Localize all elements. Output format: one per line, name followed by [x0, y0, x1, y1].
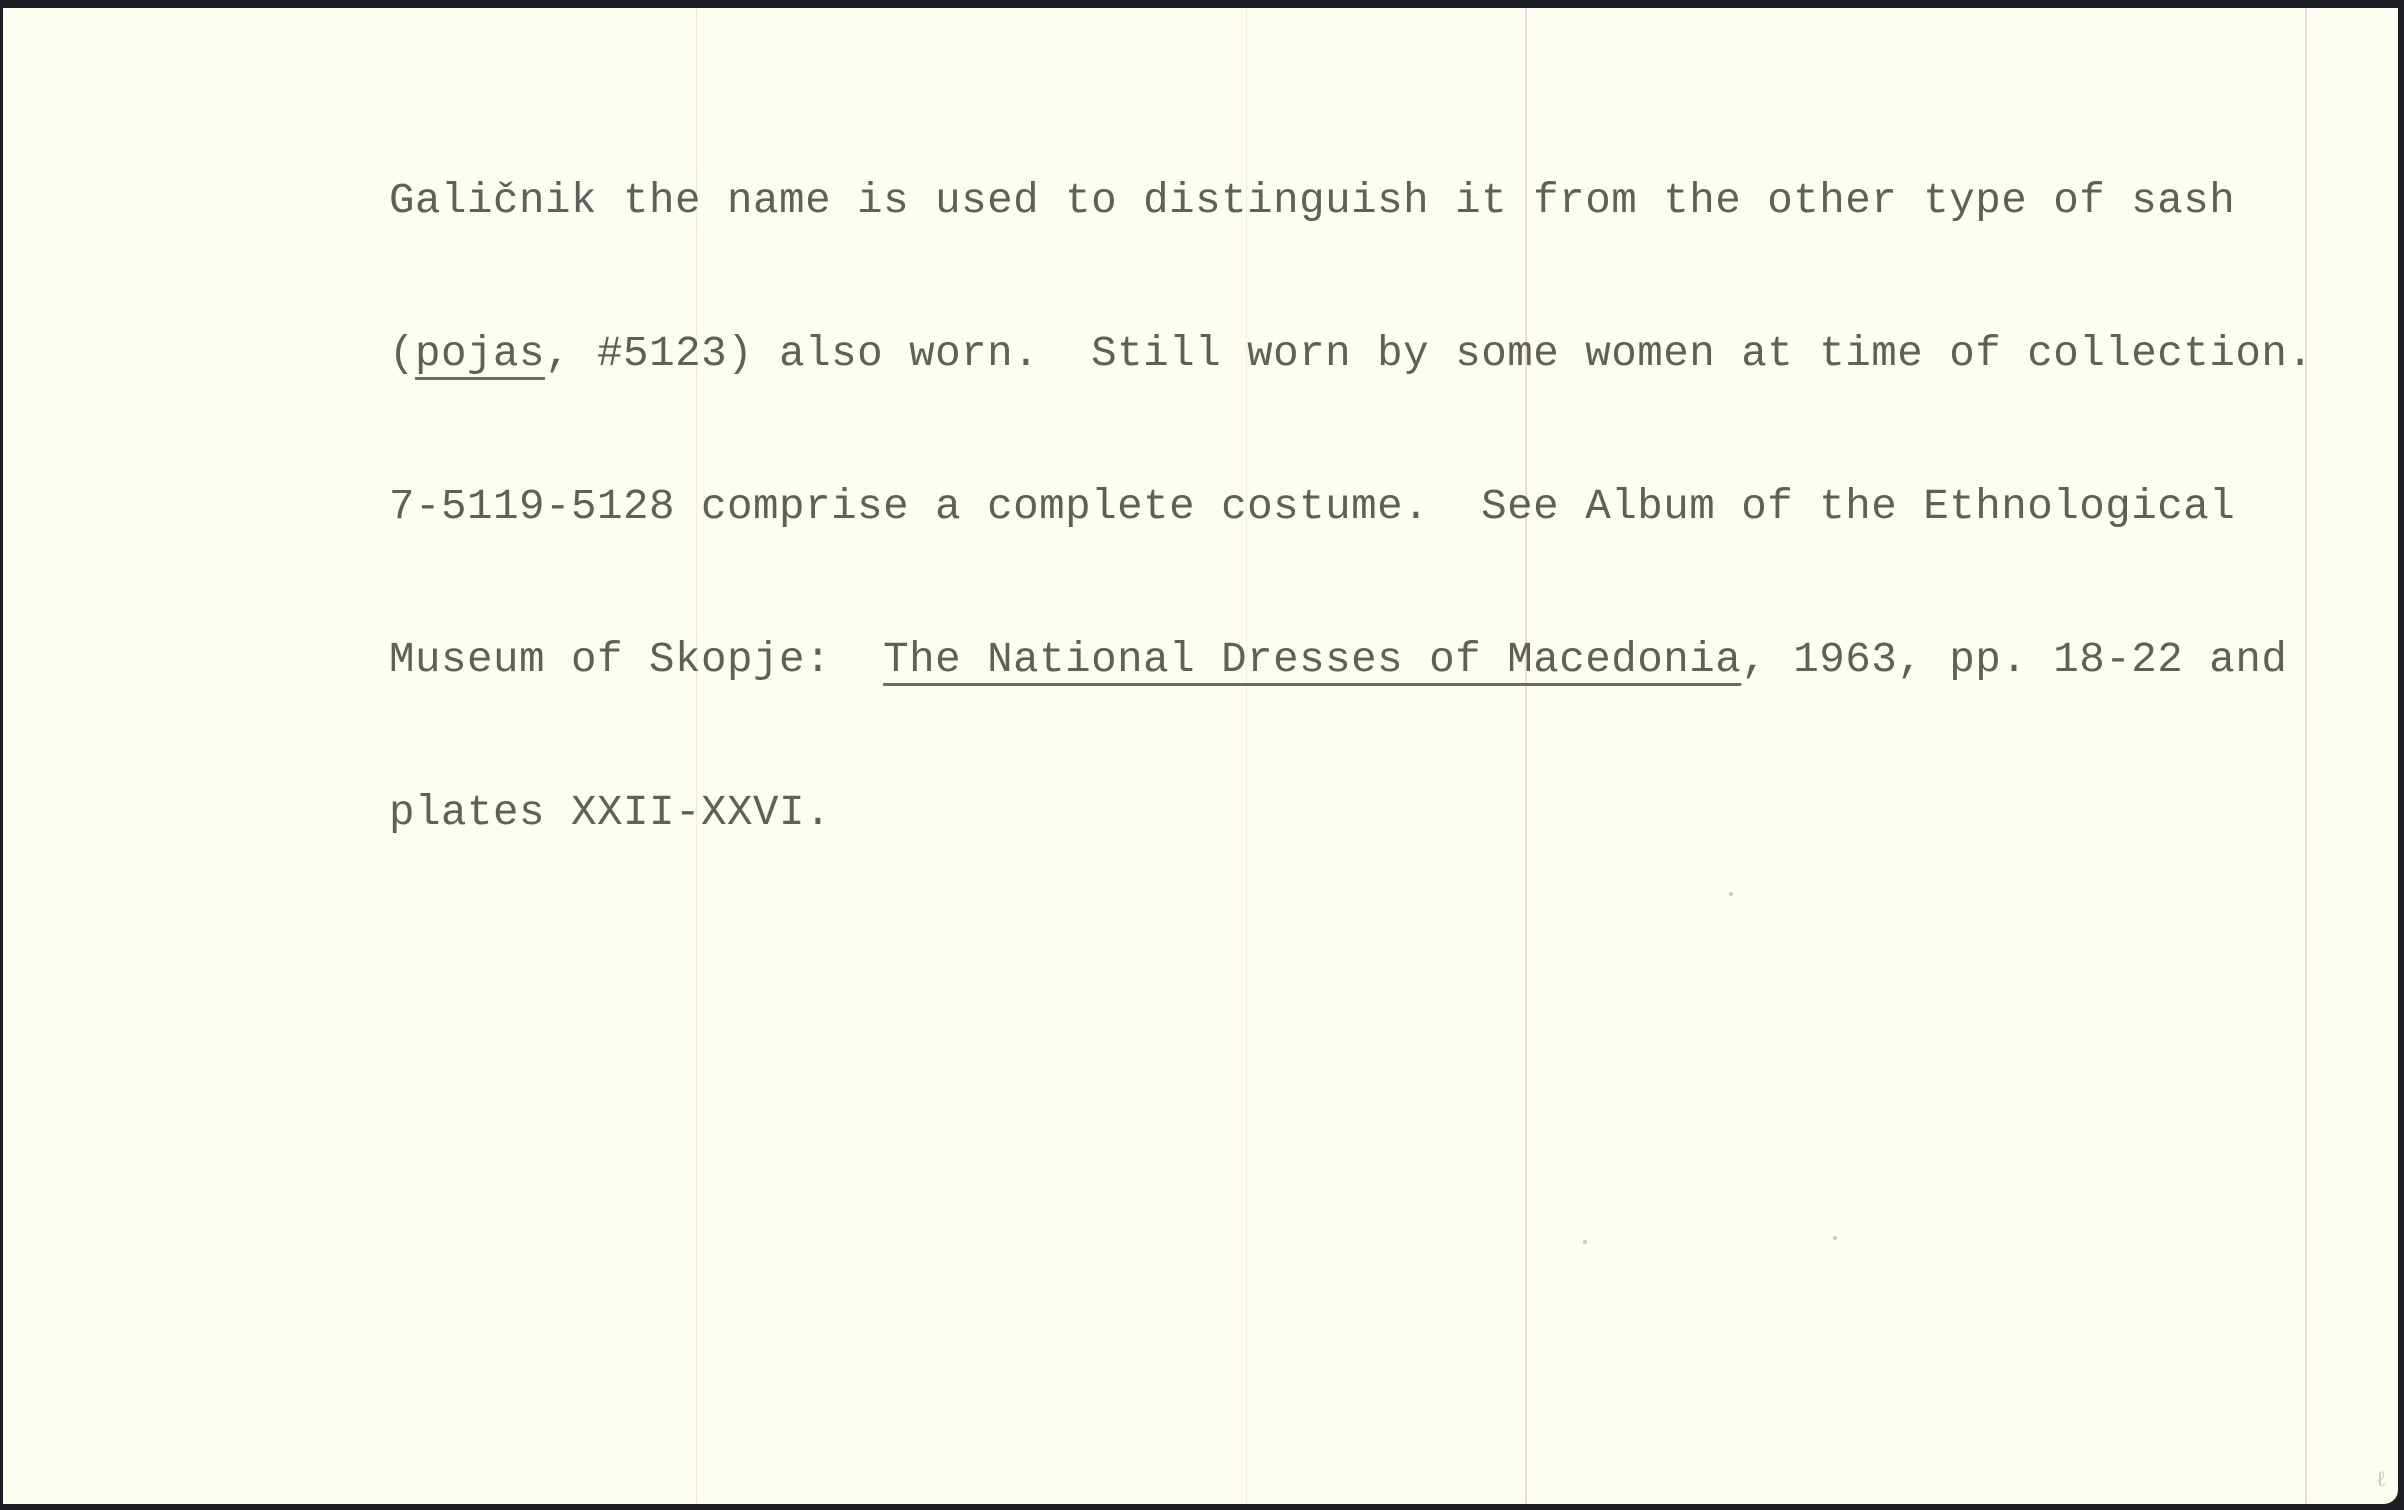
text-segment: , 1963, pp. 18-22 and — [1741, 636, 2287, 684]
paper-speck — [1583, 1240, 1587, 1244]
catalog-card: Galičnik the name is used to distinguish… — [3, 8, 2398, 1504]
pencil-mark: ℓ — [2375, 1466, 2386, 1492]
text-line-4: Museum of Skopje: The National Dresses o… — [389, 635, 2313, 686]
text-segment: , #5123) also worn. Still worn by some w… — [545, 330, 2313, 378]
underlined-title: The National Dresses of Macedonia — [883, 636, 1741, 684]
underlined-term: pojas — [415, 330, 545, 378]
text-line-2: (pojas, #5123) also worn. Still worn by … — [389, 329, 2313, 380]
text-line-1: Galičnik the name is used to distinguish… — [389, 176, 2313, 227]
text-segment: Galičnik the name is used to distinguish… — [389, 177, 2235, 225]
text-segment: plates XXII-XXVI. — [389, 789, 831, 837]
text-segment: 7-5119-5128 comprise a complete costume.… — [389, 483, 2235, 531]
text-segment: ( — [389, 330, 415, 378]
text-segment: Museum of Skopje: — [389, 636, 883, 684]
text-line-3: 7-5119-5128 comprise a complete costume.… — [389, 482, 2313, 533]
paper-speck — [1833, 1236, 1837, 1240]
text-line-5: plates XXII-XXVI. — [389, 788, 2313, 839]
typed-note: Galičnik the name is used to distinguish… — [389, 74, 2313, 941]
paper-speck — [1729, 892, 1733, 896]
